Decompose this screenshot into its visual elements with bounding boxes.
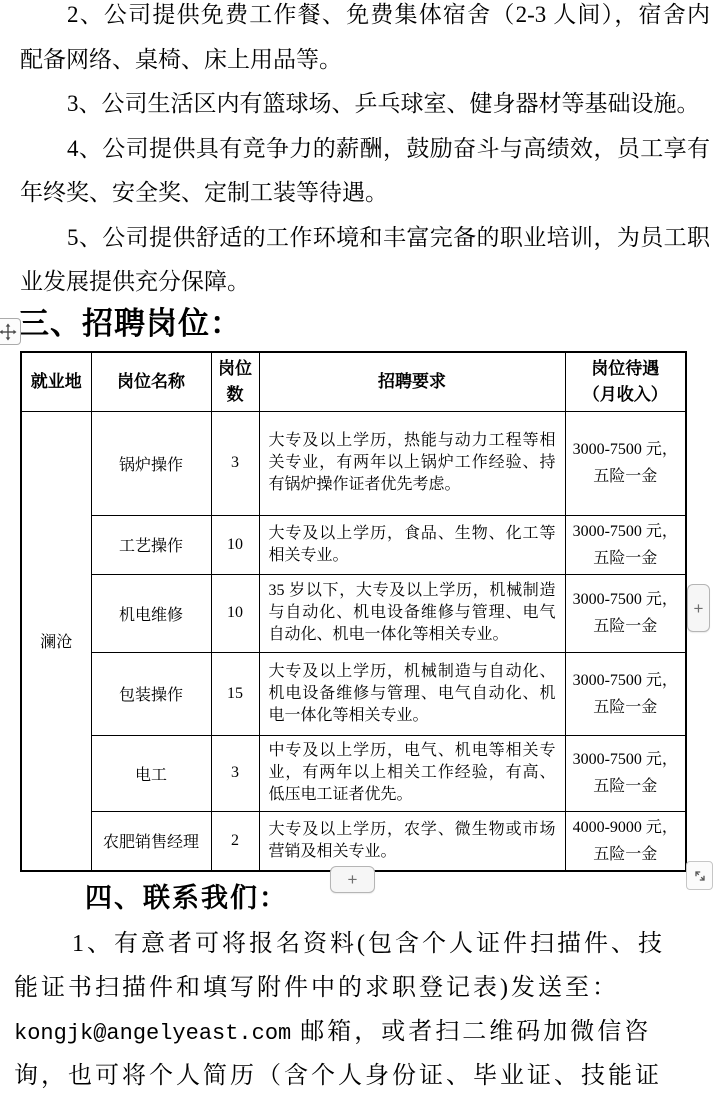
header-line: 岗位待遇: [570, 356, 682, 382]
paragraph-line: 4、公司提供具有竞争力的薪酬，鼓励奋斗与高绩效，员工享有: [20, 127, 710, 172]
plus-icon: +: [348, 871, 358, 888]
recruitment-table: 就业地 岗位名称 岗位 数 招聘要求 岗位待遇 （月收入） 澜沧 锅炉操作 3 …: [20, 351, 687, 872]
move-icon: [0, 323, 17, 341]
salary-line: 五险一金: [570, 613, 682, 640]
position-name-cell: 包装操作: [91, 652, 211, 735]
paragraph-text: 邮箱，或者扫二维码加微信咨: [291, 1019, 651, 1045]
requirements-cell: 35 岁以下，大专及以上学历，机械制造与自动化、机电设备维修与管理、电气自动化、…: [259, 574, 565, 652]
location-cell: 澜沧: [21, 411, 91, 871]
salary-cell: 3000-7500 元， 五险一金: [565, 574, 686, 652]
header-requirements: 招聘要求: [259, 352, 565, 411]
email-address: kongjk@angelyeast.com: [14, 1021, 291, 1046]
paragraph-line: 能证书扫描件和填写附件中的求职登记表)发送至：: [14, 966, 714, 1010]
paragraph-line: 配备网络、桌椅、床上用品等。: [20, 38, 710, 83]
table-move-handle[interactable]: [0, 318, 21, 345]
salary-line: 五险一金: [570, 773, 682, 800]
salary-line: 五险一金: [570, 463, 682, 490]
header-line: 数: [216, 382, 255, 408]
section-heading-contact: 四、联系我们：: [85, 882, 288, 915]
header-line: 岗位: [216, 356, 255, 382]
header-pay: 岗位待遇 （月收入）: [565, 352, 686, 411]
header-position-name: 岗位名称: [91, 352, 211, 411]
salary-line: 3000-7500 元，: [570, 667, 682, 694]
requirements-cell: 大专及以上学历，农学、微生物或市场营销及相关专业。: [259, 811, 565, 871]
salary-line: 五险一金: [570, 841, 682, 868]
position-count-cell: 2: [211, 811, 259, 871]
table-resize-handle[interactable]: [686, 861, 713, 890]
intro-paragraphs: 2、公司提供免费工作餐、免费集体宿舍（2-3 人间），宿舍内 配备网络、桌椅、床…: [20, 0, 710, 305]
insert-row-button[interactable]: +: [330, 866, 375, 893]
position-name-cell: 农肥销售经理: [91, 811, 211, 871]
salary-cell: 3000-7500 元， 五险一金: [565, 411, 686, 515]
position-row: 工艺操作 10 大专及以上学历，食品、生物、化工等相关专业。 3000-7500…: [21, 515, 686, 574]
insert-column-button[interactable]: +: [687, 584, 710, 632]
salary-line: 五险一金: [570, 694, 682, 721]
salary-line: 3000-7500 元，: [570, 586, 682, 613]
salary-cell: 3000-7500 元， 五险一金: [565, 652, 686, 735]
salary-line: 3000-7500 元，: [570, 746, 682, 773]
position-name-cell: 电工: [91, 735, 211, 811]
paragraph-line: 5、公司提供舒适的工作环境和丰富完备的职业培训，为员工职: [20, 216, 710, 261]
salary-line: 3000-7500 元，: [570, 436, 682, 463]
requirements-cell: 大专及以上学历，热能与动力工程等相关专业，有两年以上锅炉工作经验、持有锅炉操作证…: [259, 411, 565, 515]
paragraph-line: 1、有意者可将报名资料(包含个人证件扫描件、技: [14, 922, 714, 966]
salary-line: 4000-9000 元，: [570, 814, 682, 841]
position-count-cell: 3: [211, 735, 259, 811]
position-count-cell: 10: [211, 574, 259, 652]
position-row: 澜沧 锅炉操作 3 大专及以上学历，热能与动力工程等相关专业，有两年以上锅炉工作…: [21, 411, 686, 515]
position-name-cell: 锅炉操作: [91, 411, 211, 515]
requirements-cell: 中专及以上学历，电气、机电等相关专业，有两年以上相关工作经验，有高、低压电工证者…: [259, 735, 565, 811]
header-location: 就业地: [21, 352, 91, 411]
table-header-row: 就业地 岗位名称 岗位 数 招聘要求 岗位待遇 （月收入）: [21, 352, 686, 411]
salary-cell: 3000-7500 元， 五险一金: [565, 515, 686, 574]
header-line: （月收入）: [570, 382, 682, 408]
salary-line: 3000-7500 元，: [570, 518, 682, 545]
position-name-cell: 机电维修: [91, 574, 211, 652]
requirements-cell: 大专及以上学历，机械制造与自动化、机电设备维修与管理、电气自动化、机电一体化等相…: [259, 652, 565, 735]
resize-icon: [692, 868, 708, 884]
header-position-count: 岗位 数: [211, 352, 259, 411]
paragraph-line: kongjk@angelyeast.com 邮箱，或者扫二维码加微信咨: [14, 1010, 714, 1054]
position-count-cell: 15: [211, 652, 259, 735]
plus-icon: +: [694, 600, 704, 617]
contact-paragraph: 1、有意者可将报名资料(包含个人证件扫描件、技 能证书扫描件和填写附件中的求职登…: [14, 922, 714, 1098]
section-heading-recruitment: 三、招聘岗位：: [18, 304, 242, 344]
salary-line: 五险一金: [570, 545, 682, 572]
paragraph-line: 2、公司提供免费工作餐、免费集体宿舍（2-3 人间），宿舍内: [20, 0, 710, 38]
paragraph-line: 3、公司生活区内有篮球场、乒乓球室、健身器材等基础设施。: [20, 82, 710, 127]
position-row: 电工 3 中专及以上学历，电气、机电等相关专业，有两年以上相关工作经验，有高、低…: [21, 735, 686, 811]
position-row: 机电维修 10 35 岁以下，大专及以上学历，机械制造与自动化、机电设备维修与管…: [21, 574, 686, 652]
paragraph-line: 年终奖、安全奖、定制工装等待遇。: [20, 171, 710, 216]
position-row: 包装操作 15 大专及以上学历，机械制造与自动化、机电设备维修与管理、电气自动化…: [21, 652, 686, 735]
salary-cell: 4000-9000 元， 五险一金: [565, 811, 686, 871]
position-name-cell: 工艺操作: [91, 515, 211, 574]
document-page: 2、公司提供免费工作餐、免费集体宿舍（2-3 人间），宿舍内 配备网络、桌椅、床…: [0, 0, 718, 1103]
requirements-cell: 大专及以上学历，食品、生物、化工等相关专业。: [259, 515, 565, 574]
salary-cell: 3000-7500 元， 五险一金: [565, 735, 686, 811]
position-count-cell: 10: [211, 515, 259, 574]
position-row: 农肥销售经理 2 大专及以上学历，农学、微生物或市场营销及相关专业。 4000-…: [21, 811, 686, 871]
position-count-cell: 3: [211, 411, 259, 515]
paragraph-line: 业发展提供充分保障。: [20, 260, 710, 305]
paragraph-line: 询，也可将个人简历（含个人身份证、毕业证、技能证: [14, 1054, 714, 1098]
